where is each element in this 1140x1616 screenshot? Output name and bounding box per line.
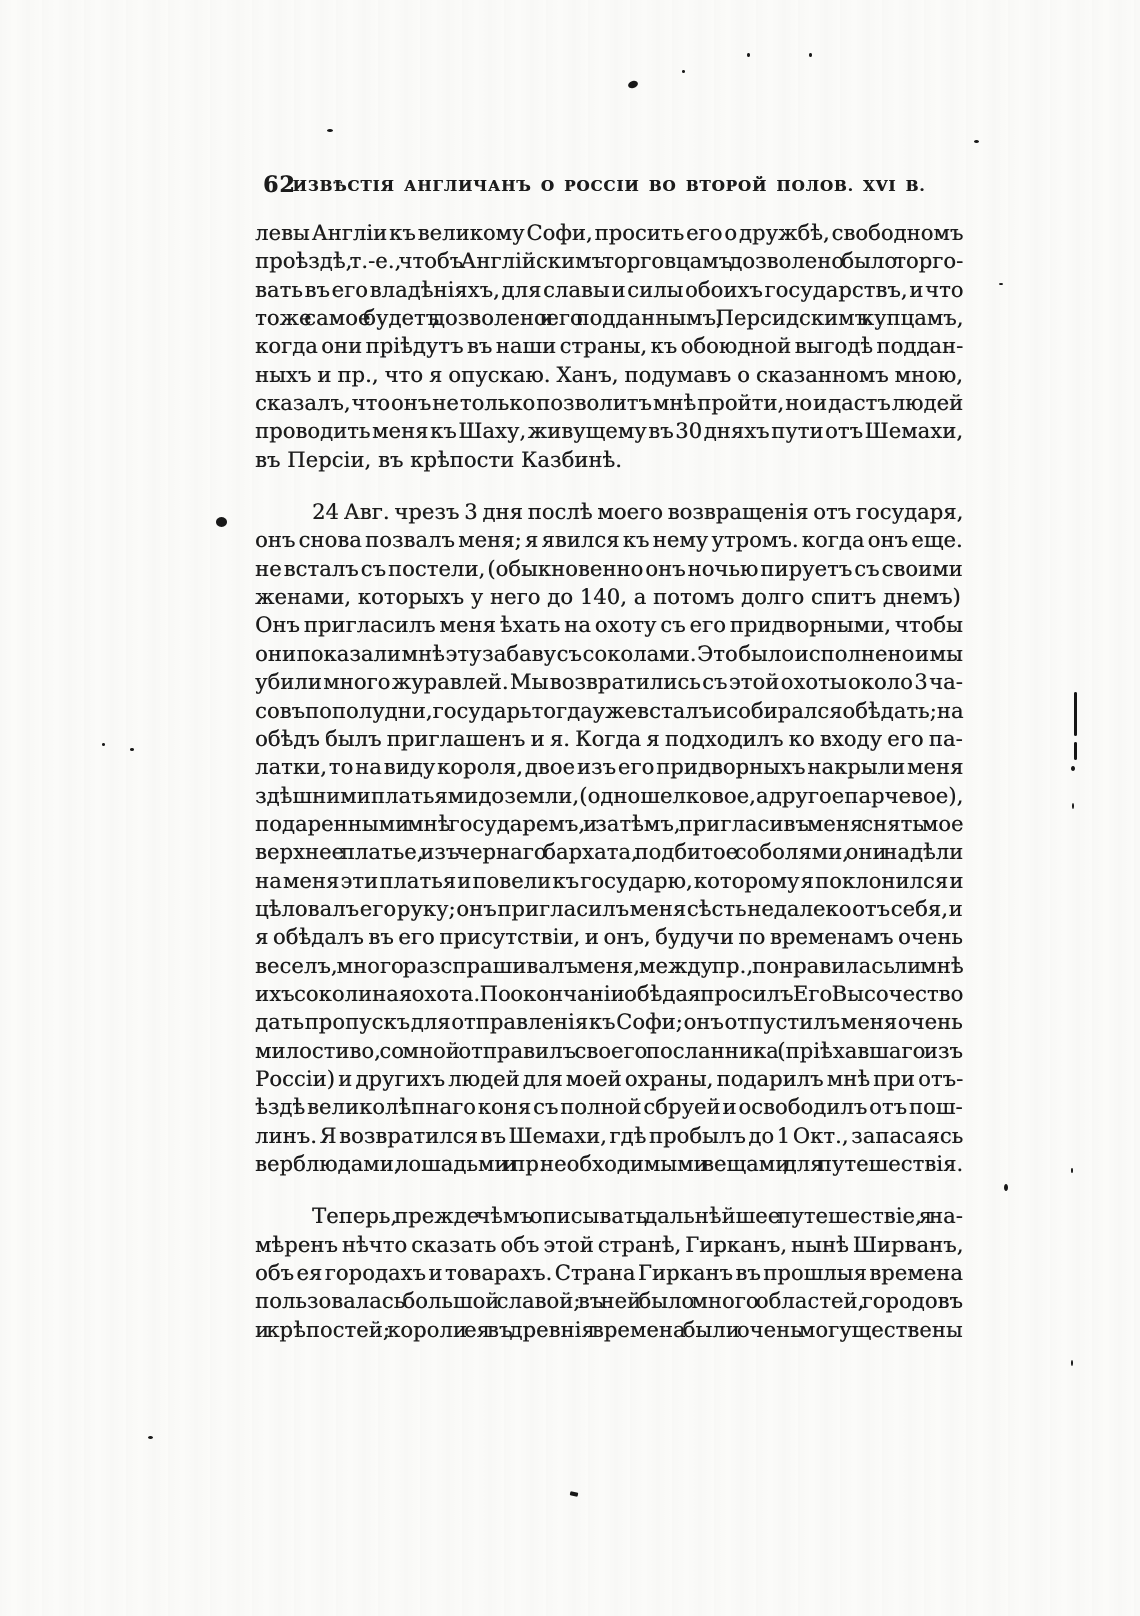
text-line: пользовалась большой славой; въ ней было… xyxy=(255,1287,963,1315)
text-line: они показали мнѣ эту забаву съ соколами.… xyxy=(255,640,963,668)
text-line: Онъ пригласилъ меня ѣхать на охоту съ ег… xyxy=(255,611,963,639)
text-line: верблюдами, лошадьми и пр. необходимыми … xyxy=(255,1150,963,1178)
ink-speck xyxy=(1072,803,1074,809)
text-line: подаренными мнѣ государемъ, и затѣмъ, пр… xyxy=(255,810,963,838)
text-line: латки, то на виду короля, двое изъ его п… xyxy=(255,753,963,781)
pen-mark-vertical xyxy=(1074,692,1077,736)
ink-speck xyxy=(1071,1168,1073,1173)
text-line: милостиво, со мной отправилъ своего посл… xyxy=(255,1037,963,1065)
text-line: когда они пріѣдутъ въ наши страны, къ об… xyxy=(255,332,963,360)
ink-speck xyxy=(747,53,750,57)
text-line: здѣшними платьями до земли, (одно шелков… xyxy=(255,782,963,810)
text-line: тоже самое будетъ дозволено и его поддан… xyxy=(255,304,963,332)
ink-speck xyxy=(682,70,685,73)
text-line: совъ пополудни, государь тогда уже встал… xyxy=(255,697,963,725)
text-block: левы Англіи къ великому Софи, просить ег… xyxy=(255,219,963,1344)
text-line: въ Персіи, въ крѣпости Казбинѣ. xyxy=(255,446,963,474)
paragraph: 24 Авг. чрезъ 3 дня послѣ моего возвраще… xyxy=(255,498,963,1178)
text-line: проводить меня къ Шаху, живущему въ 30 д… xyxy=(255,417,963,445)
page-header: 62 ИЗВѢСТІЯ АНГЛИЧАНЪ О РОССІИ ВО ВТОРОЙ… xyxy=(255,172,963,200)
text-line: мѣренъ нѣчто сказать объ этой странѣ, Ги… xyxy=(255,1231,963,1259)
ink-speck xyxy=(627,80,639,90)
text-line: объ ея городахъ и товарахъ. Страна Гирка… xyxy=(255,1259,963,1287)
text-line: верхнее платье, изъ чернаго бархата, под… xyxy=(255,838,963,866)
ink-speck xyxy=(102,743,105,746)
text-line: цѣловалъ его руку; онъ пригласилъ меня с… xyxy=(255,895,963,923)
text-line: дать пропускъ для отправленія къ Софи; о… xyxy=(255,1008,963,1036)
text-line: онъ снова позвалъ меня; я явился къ нему… xyxy=(255,526,963,554)
text-line: обѣдъ былъ приглашенъ и я. Когда я подхо… xyxy=(255,725,963,753)
ink-speck xyxy=(974,140,979,143)
text-line: убили много журавлей. Мы возвратились съ… xyxy=(255,668,963,696)
text-line: женами, которыхъ у него до 140, а потомъ… xyxy=(255,583,963,611)
text-line: проѣздѣ, т.-е., чтобъ Англійскимъ торгов… xyxy=(255,247,963,275)
ink-speck xyxy=(1004,1184,1008,1191)
text-line: Теперь, прежде чѣмъ описывать дальнѣйшее… xyxy=(255,1202,963,1230)
pen-mark-vertical xyxy=(1074,742,1077,760)
text-line: левы Англіи къ великому Софи, просить ег… xyxy=(255,219,963,247)
ink-speck xyxy=(1071,766,1075,771)
paragraph: левы Англіи къ великому Софи, просить ег… xyxy=(255,219,963,474)
text-line: сказалъ, что онъ не только позволитъ мнѣ… xyxy=(255,389,963,417)
text-line: вать въ его владѣніяхъ, для славы и силы… xyxy=(255,276,963,304)
ink-speck xyxy=(1071,1360,1073,1366)
ink-speck xyxy=(148,1436,153,1439)
ink-speck xyxy=(327,129,333,132)
ink-dot-margin xyxy=(216,517,227,527)
paragraph: Теперь, прежде чѣмъ описывать дальнѣйшее… xyxy=(255,1202,963,1344)
text-line: Россіи) и другихъ людей для моей охраны,… xyxy=(255,1065,963,1093)
ink-speck xyxy=(570,1491,579,1497)
text-line: 24 Авг. чрезъ 3 дня послѣ моего возвраще… xyxy=(255,498,963,526)
ink-speck xyxy=(130,748,134,751)
ink-speck xyxy=(999,283,1003,285)
ink-speck xyxy=(809,53,812,57)
text-line: я обѣдалъ въ его присутствіи, и онъ, буд… xyxy=(255,923,963,951)
text-line: не всталъ съ постели, (обыкновенно онъ н… xyxy=(255,555,963,583)
text-line: ныхъ и пр., что я опускаю. Ханъ, подумав… xyxy=(255,361,963,389)
text-line: ихъ соколиная охота. По окончаніи обѣда … xyxy=(255,980,963,1008)
text-line: ѣздѣ великолѣпнаго коня съ полной сбруей… xyxy=(255,1093,963,1121)
running-title: ИЗВѢСТІЯ АНГЛИЧАНЪ О РОССІИ ВО ВТОРОЙ ПО… xyxy=(255,177,963,195)
text-line: веселъ, много разспрашивалъ меня, между … xyxy=(255,952,963,980)
text-line: и крѣпостей; короли ея въ древнія времен… xyxy=(255,1316,963,1344)
text-line: на меня эти платья и повели къ государю,… xyxy=(255,867,963,895)
text-line: линъ. Я возвратился въ Шемахи, гдѣ пробы… xyxy=(255,1122,963,1150)
